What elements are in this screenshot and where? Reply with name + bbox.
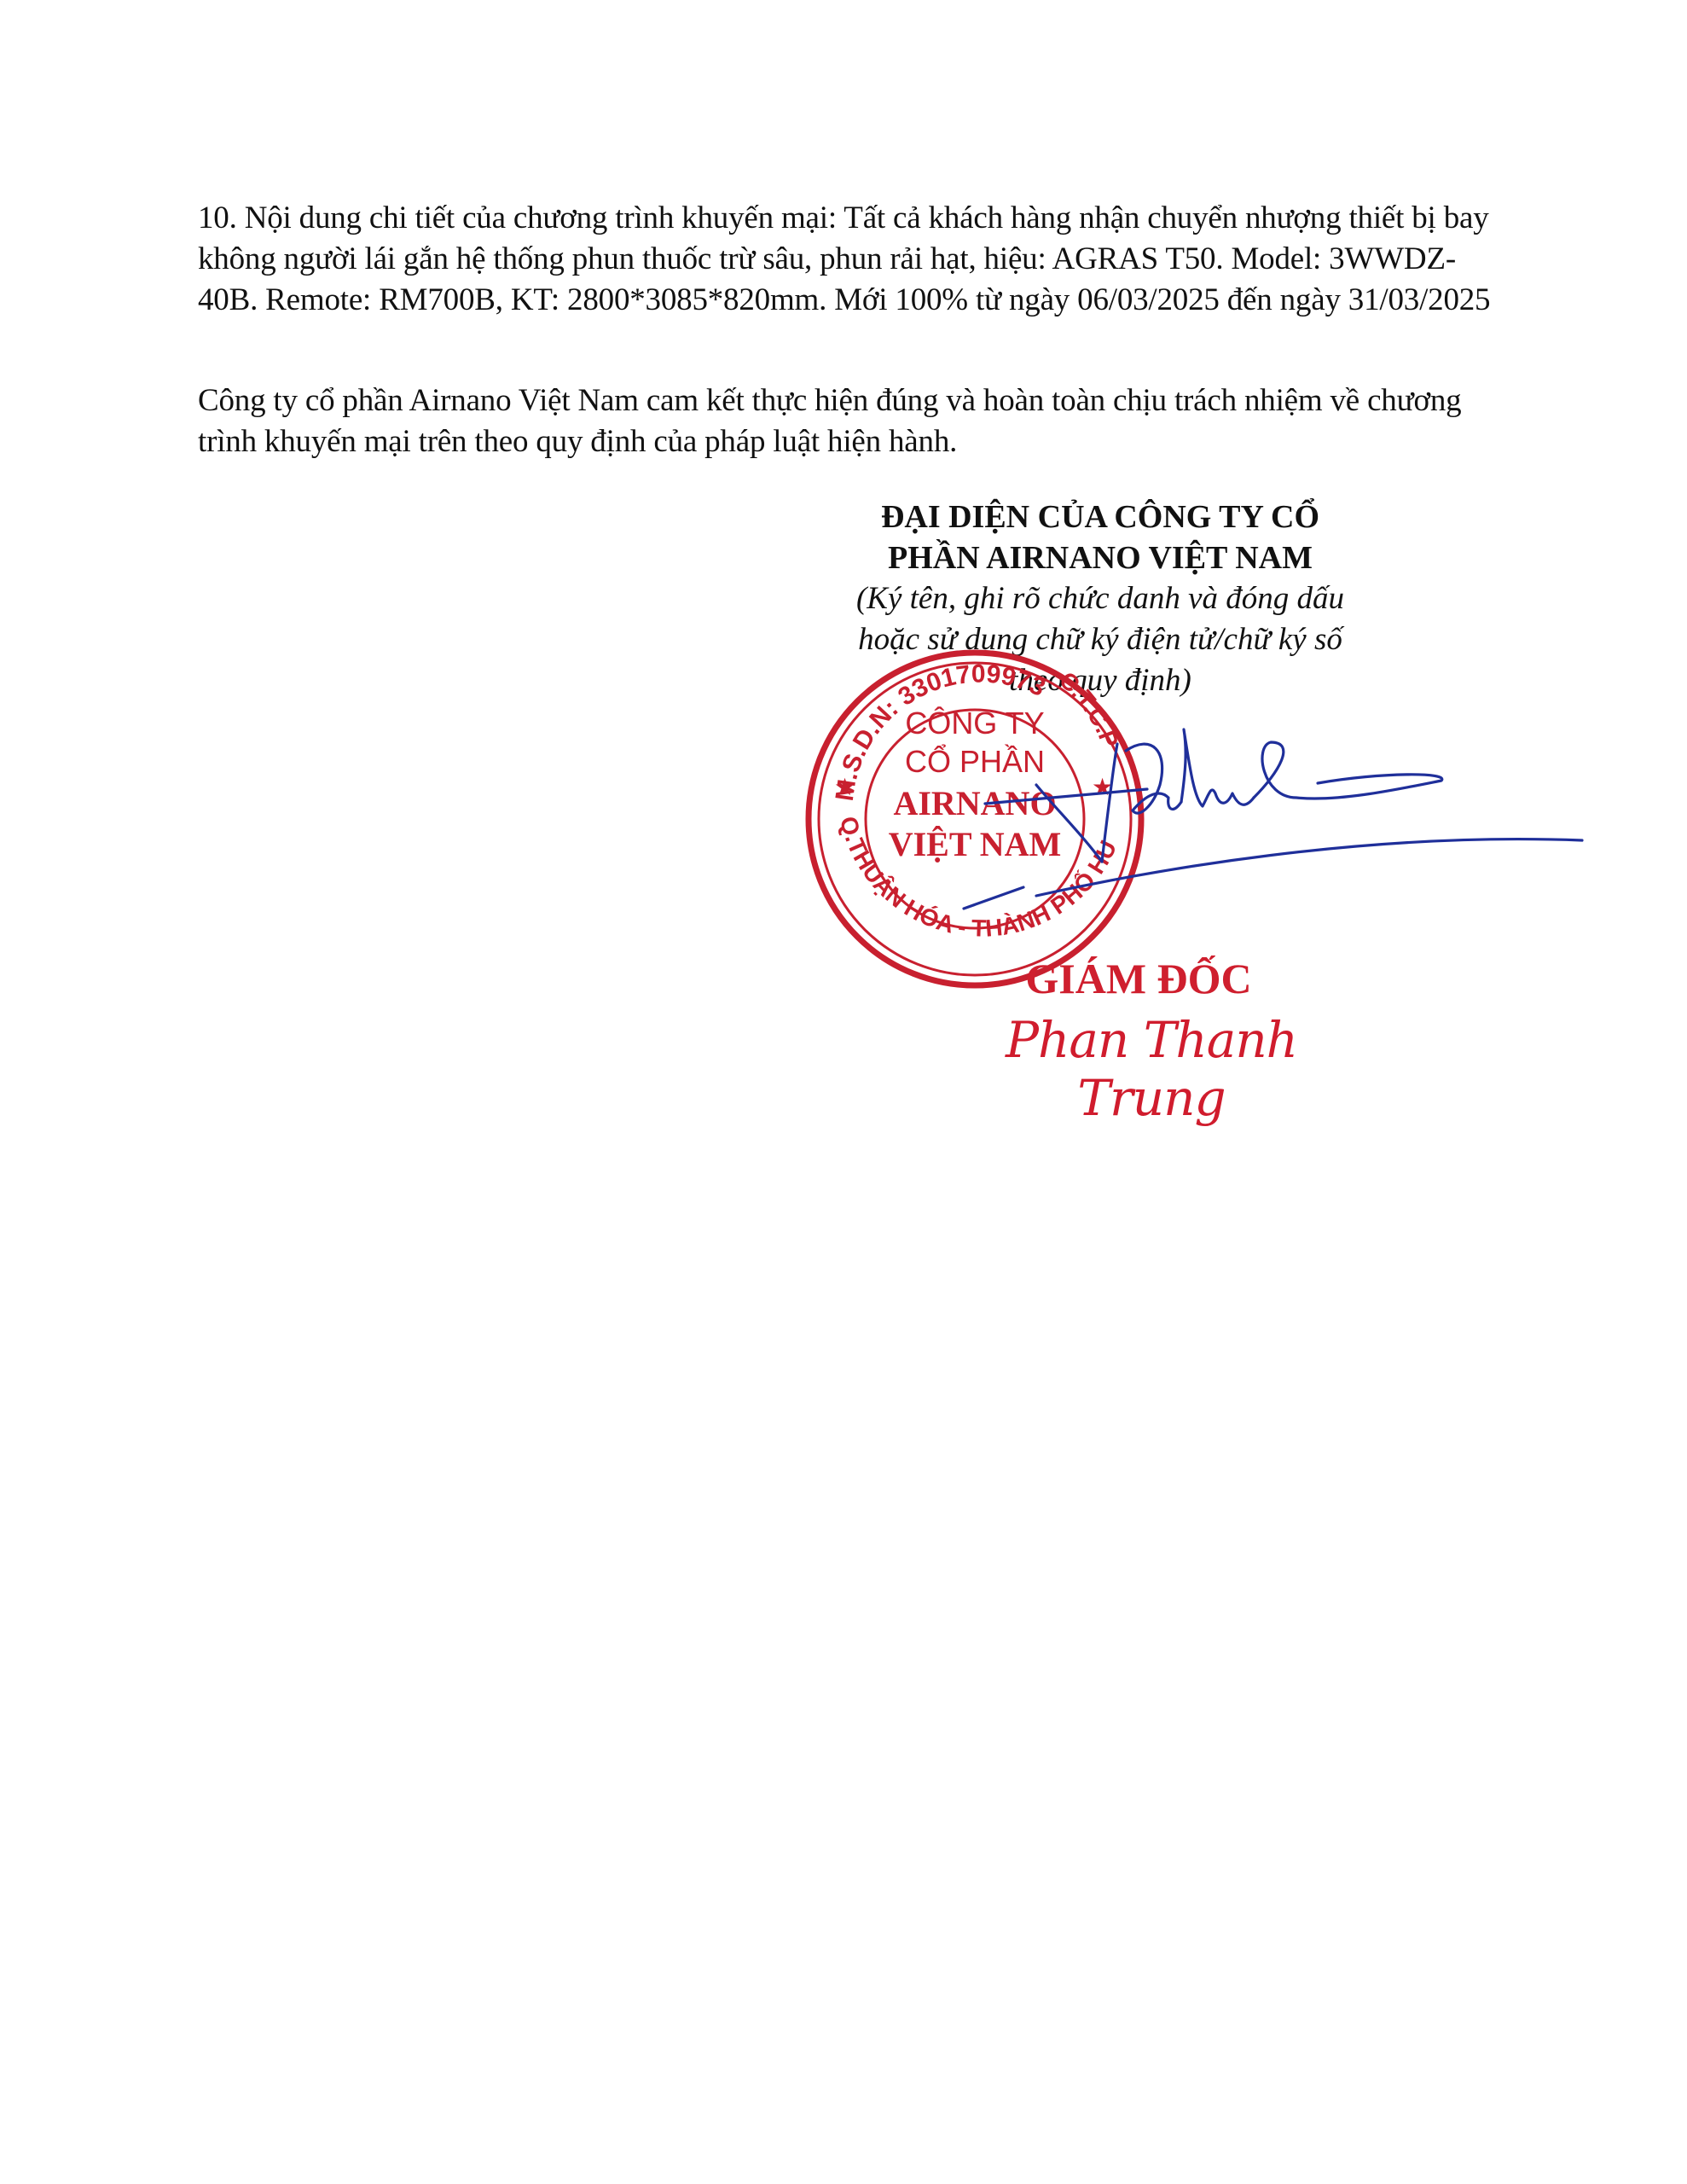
director-name-stamp: Phan Thanh Trung <box>964 1011 1339 1127</box>
seal-center-line-3: AIRNANO <box>893 784 1056 822</box>
seal-outer-right-text: C.T.C.P <box>1054 666 1123 751</box>
seal-center-line-2: CỔ PHẦN <box>905 742 1045 779</box>
director-title: GIÁM ĐỐC <box>938 954 1339 1003</box>
seal-center-line-4: VIỆT NAM <box>889 825 1062 863</box>
seal-star-left-icon: ★ <box>834 774 855 800</box>
seal-center-line-1: CÔNG TY <box>905 706 1044 741</box>
handwritten-signature-icon <box>964 729 1582 909</box>
company-seal-and-signature: M.S.D.N: 3301709973 C.T.C.P Q.THUẬN HÓA … <box>0 0 1687 2184</box>
